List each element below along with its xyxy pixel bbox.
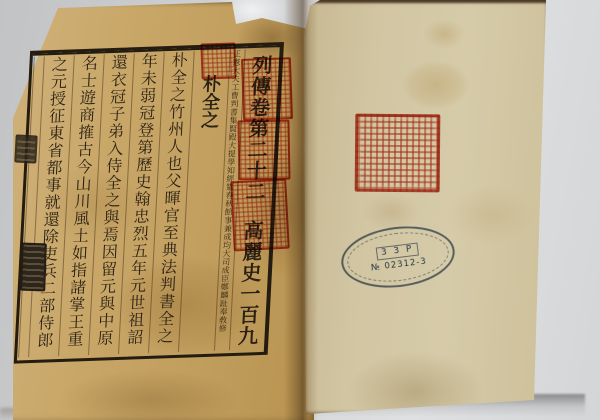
stamp-accession-line1: 3 3 Р <box>375 242 419 260</box>
red-collector-seal-right-page-icon <box>355 114 441 193</box>
dark-ownership-seal-icon <box>14 134 37 163</box>
red-collector-seal-icon <box>230 179 290 252</box>
red-collector-seal-small-icon <box>200 42 236 79</box>
dark-ownership-seal-icon <box>20 243 47 292</box>
stamp-accession-line2: № 02312-3 <box>370 256 427 273</box>
section-heading-text: 朴全之 <box>198 74 222 129</box>
red-collector-seal-icon <box>237 120 290 181</box>
right-blank-flyleaf <box>296 0 550 416</box>
red-collector-seal-icon <box>241 57 293 121</box>
photo-of-open-book: 列傳卷第二十二高麗史一百九 正憲大夫工曹判書集賢殿大提學知經筵春秋館事兼成均大司… <box>0 0 600 420</box>
